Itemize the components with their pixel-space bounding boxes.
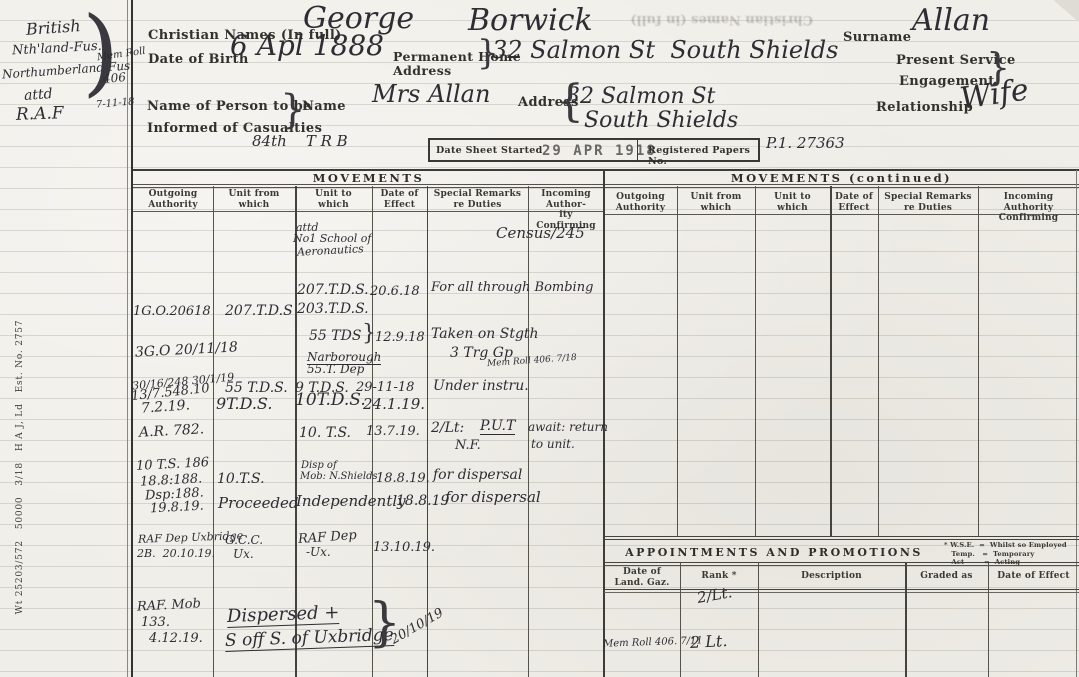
handwritten-entry: Taken on Stgth [431,327,539,341]
table-rule-line [427,186,428,677]
handwritten-entry: 3G.O 20/11/18 [135,340,238,359]
handwritten-entry: 13.7.19. [366,425,420,438]
handwritten-entry: 18.8.19 [396,494,449,508]
present-service-brace: } [986,50,1010,84]
handwritten-entry: 9T.D.S. [216,396,272,412]
handwritten-entry: 12.9.18 [375,331,425,344]
handwritten-entry: for dispersal [433,468,522,482]
col-unit-from: Unit from which [213,189,295,210]
handwritten-entry: 18.8.19. [376,472,430,485]
hw-home-address: 32 Salmon St South Shields [492,38,838,62]
handwritten-entry: 10.T.S. [217,472,265,486]
table-rule-line [755,186,756,537]
table-rule-line [133,187,1079,188]
handwritten-entry: for dispersal [445,490,541,505]
col-land-gaz: Date of Land. Gaz. [604,567,680,588]
table-rule-line [677,186,678,537]
table-rule-line [978,186,979,537]
corner-cut [1051,0,1079,24]
handwritten-entry: to unit. [531,438,575,450]
col-rank: Rank * [680,571,758,582]
handwritten-entry: A.R. 782. [139,422,205,439]
handwritten-entry: Aeronautics [297,243,364,257]
handwritten-entry: 19.8.19. [150,500,204,516]
hw-regiment-1: British [26,18,82,38]
col-outgoing-authority: Outgoing Authority [133,189,213,210]
table-rule-line [878,186,879,537]
handwritten-entry: Disp of [301,461,337,471]
handwritten-entry: 10 T.S. 186 [136,456,210,473]
hw-appt-rank-2: 2 Lt. [690,633,728,651]
table-rule-line [213,186,214,677]
handwritten-entry: 55 T.D.S. [225,381,288,395]
handwritten-entry: } [362,324,376,344]
casualties-brace: } [280,92,305,128]
hw-unit-note: 84th T R B [252,134,348,149]
hw-nok-address-2: South Shields [584,110,738,132]
handwritten-entry: Mob: N.Shields [300,472,378,482]
handwritten-entry: RAF Dep [298,529,358,546]
hw-mem-roll-date: 7-11-18 [96,97,135,110]
movements-title: MOVEMENTS [133,171,604,185]
col-date-of-effect: Date of Effect [372,189,427,210]
relationship-label: Relationship [876,100,973,115]
handwritten-entry: 203.T.D.S. [297,302,369,316]
table-rule-line [604,592,1079,593]
table-rule-line [604,589,1079,590]
hw-regiment-4: attd [24,87,53,103]
table-rule-line [604,536,1079,537]
handwritten-entry: await: return [528,421,608,433]
handwritten-entry: 10T.D.S. [295,392,366,409]
hw-nok-address-1: 32 Salmon St [566,86,715,108]
date-sheet-stamp: 29 APR 1918 [542,143,657,159]
handwritten-entry: G.C.C. [225,534,263,546]
col2-unit-from: Unit from which [677,192,755,213]
registered-papers-label: Registered Papers No. [648,145,758,167]
movements-continued-title: MOVEMENTS (continued) [604,171,1079,185]
handwritten-entry: 1G.O.20618 [133,305,211,318]
date-sheet-label: Date Sheet Started [436,145,543,156]
col-unit-to: Unit to which [295,189,372,210]
handwritten-entry: 55.T. Dep [307,363,364,375]
handwritten-entry: Census/245 [496,226,585,241]
appointments-title: APPOINTMENTS AND PROMOTIONS [604,546,944,559]
handwritten-entry: RAF. Mob [137,597,201,613]
handwritten-entry: 7.2.19. [141,398,191,415]
col-description: Description [758,571,905,582]
handwritten-entry: 207.T.D.S [225,304,293,318]
table-rule-line [604,539,1079,540]
hw-mem-roll-no: 406 [103,71,127,85]
hw-appt-rank-1: 2/Lt. [696,585,733,606]
appointments-note: * W.S.E. = Whilst so Employed Temp. = Te… [944,541,1067,567]
hw-regiment-5: R.A.F [16,105,64,124]
name-label: Name [302,99,346,114]
surname-label: Surname [843,30,911,45]
col-appt-date-of-effect: Date of Effect [988,571,1079,582]
service-record-card: Christian Names (in full) Wt 25203/572 5… [0,0,1079,677]
bleed-through-text: Christian Names (in full) [598,12,813,27]
handwritten-entry: 133. [141,616,170,629]
handwritten-entry: 2B. 20.10.19. [137,548,215,559]
hw-registered-papers: P.1. 27363 [766,136,845,151]
col-special-remarks: Special Remarks re Duties [427,189,528,210]
datebox-divider [637,140,638,160]
handwritten-entry: 2/Lt: [431,421,464,435]
handwritten-entry: 20.6.18 [370,285,420,298]
handwritten-entry: Under instru. [433,379,529,393]
hw-christian-name-second: Borwick [468,6,593,36]
printers-mark: Wt 25203/572 50000 3/18 H A J, Ld Est. N… [15,281,25,653]
col2-special-remarks: Special Remarks re Duties [878,192,978,213]
handwritten-entry: 24.1.19. [363,397,425,412]
handwritten-entry: Ux. [233,548,254,560]
handwritten-entry: 55 TDS [309,329,361,343]
handwritten-entry: P.U.T [480,419,515,435]
hw-date-of-birth: 6 Apl 1888 [230,32,384,60]
home-address-brace: } [477,38,499,69]
handwritten-entry: Dispersed + [227,604,340,628]
hw-appt-gaz: Mem Roll 406. 7/11 [603,636,703,649]
hw-nok-name: Mrs Allan [372,82,490,106]
handwritten-entry: 4.12.19. [149,632,203,645]
col-graded-as: Graded as [905,571,988,582]
table-rule-line [1076,170,1077,677]
table-rule-line [830,186,832,537]
col2-date-of-effect: Date of Effect [830,192,878,213]
address-brace: { [556,82,584,122]
handwritten-entry: For all through Bombing [431,281,593,294]
handwritten-entry: 13.10.19. [373,541,435,554]
handwritten-entry: -Ux. [306,546,331,558]
date-sheet-box: Date Sheet Started 29 APR 1918 Registere… [428,138,760,162]
col2-incoming-authority: Incoming Authority Confirming [978,192,1079,224]
handwritten-entry: 207.T.D.S. [297,283,369,297]
col2-unit-to: Unit to which [755,192,830,213]
handwritten-entry: N.F. [455,439,481,452]
handwritten-entry: Proceeded [218,496,299,511]
hw-surname: Allan [912,6,990,36]
handwritten-entry: 10. T.S. [299,426,351,440]
handwritten-entry: Independently [296,494,406,509]
col2-outgoing-authority: Outgoing Authority [604,192,677,213]
